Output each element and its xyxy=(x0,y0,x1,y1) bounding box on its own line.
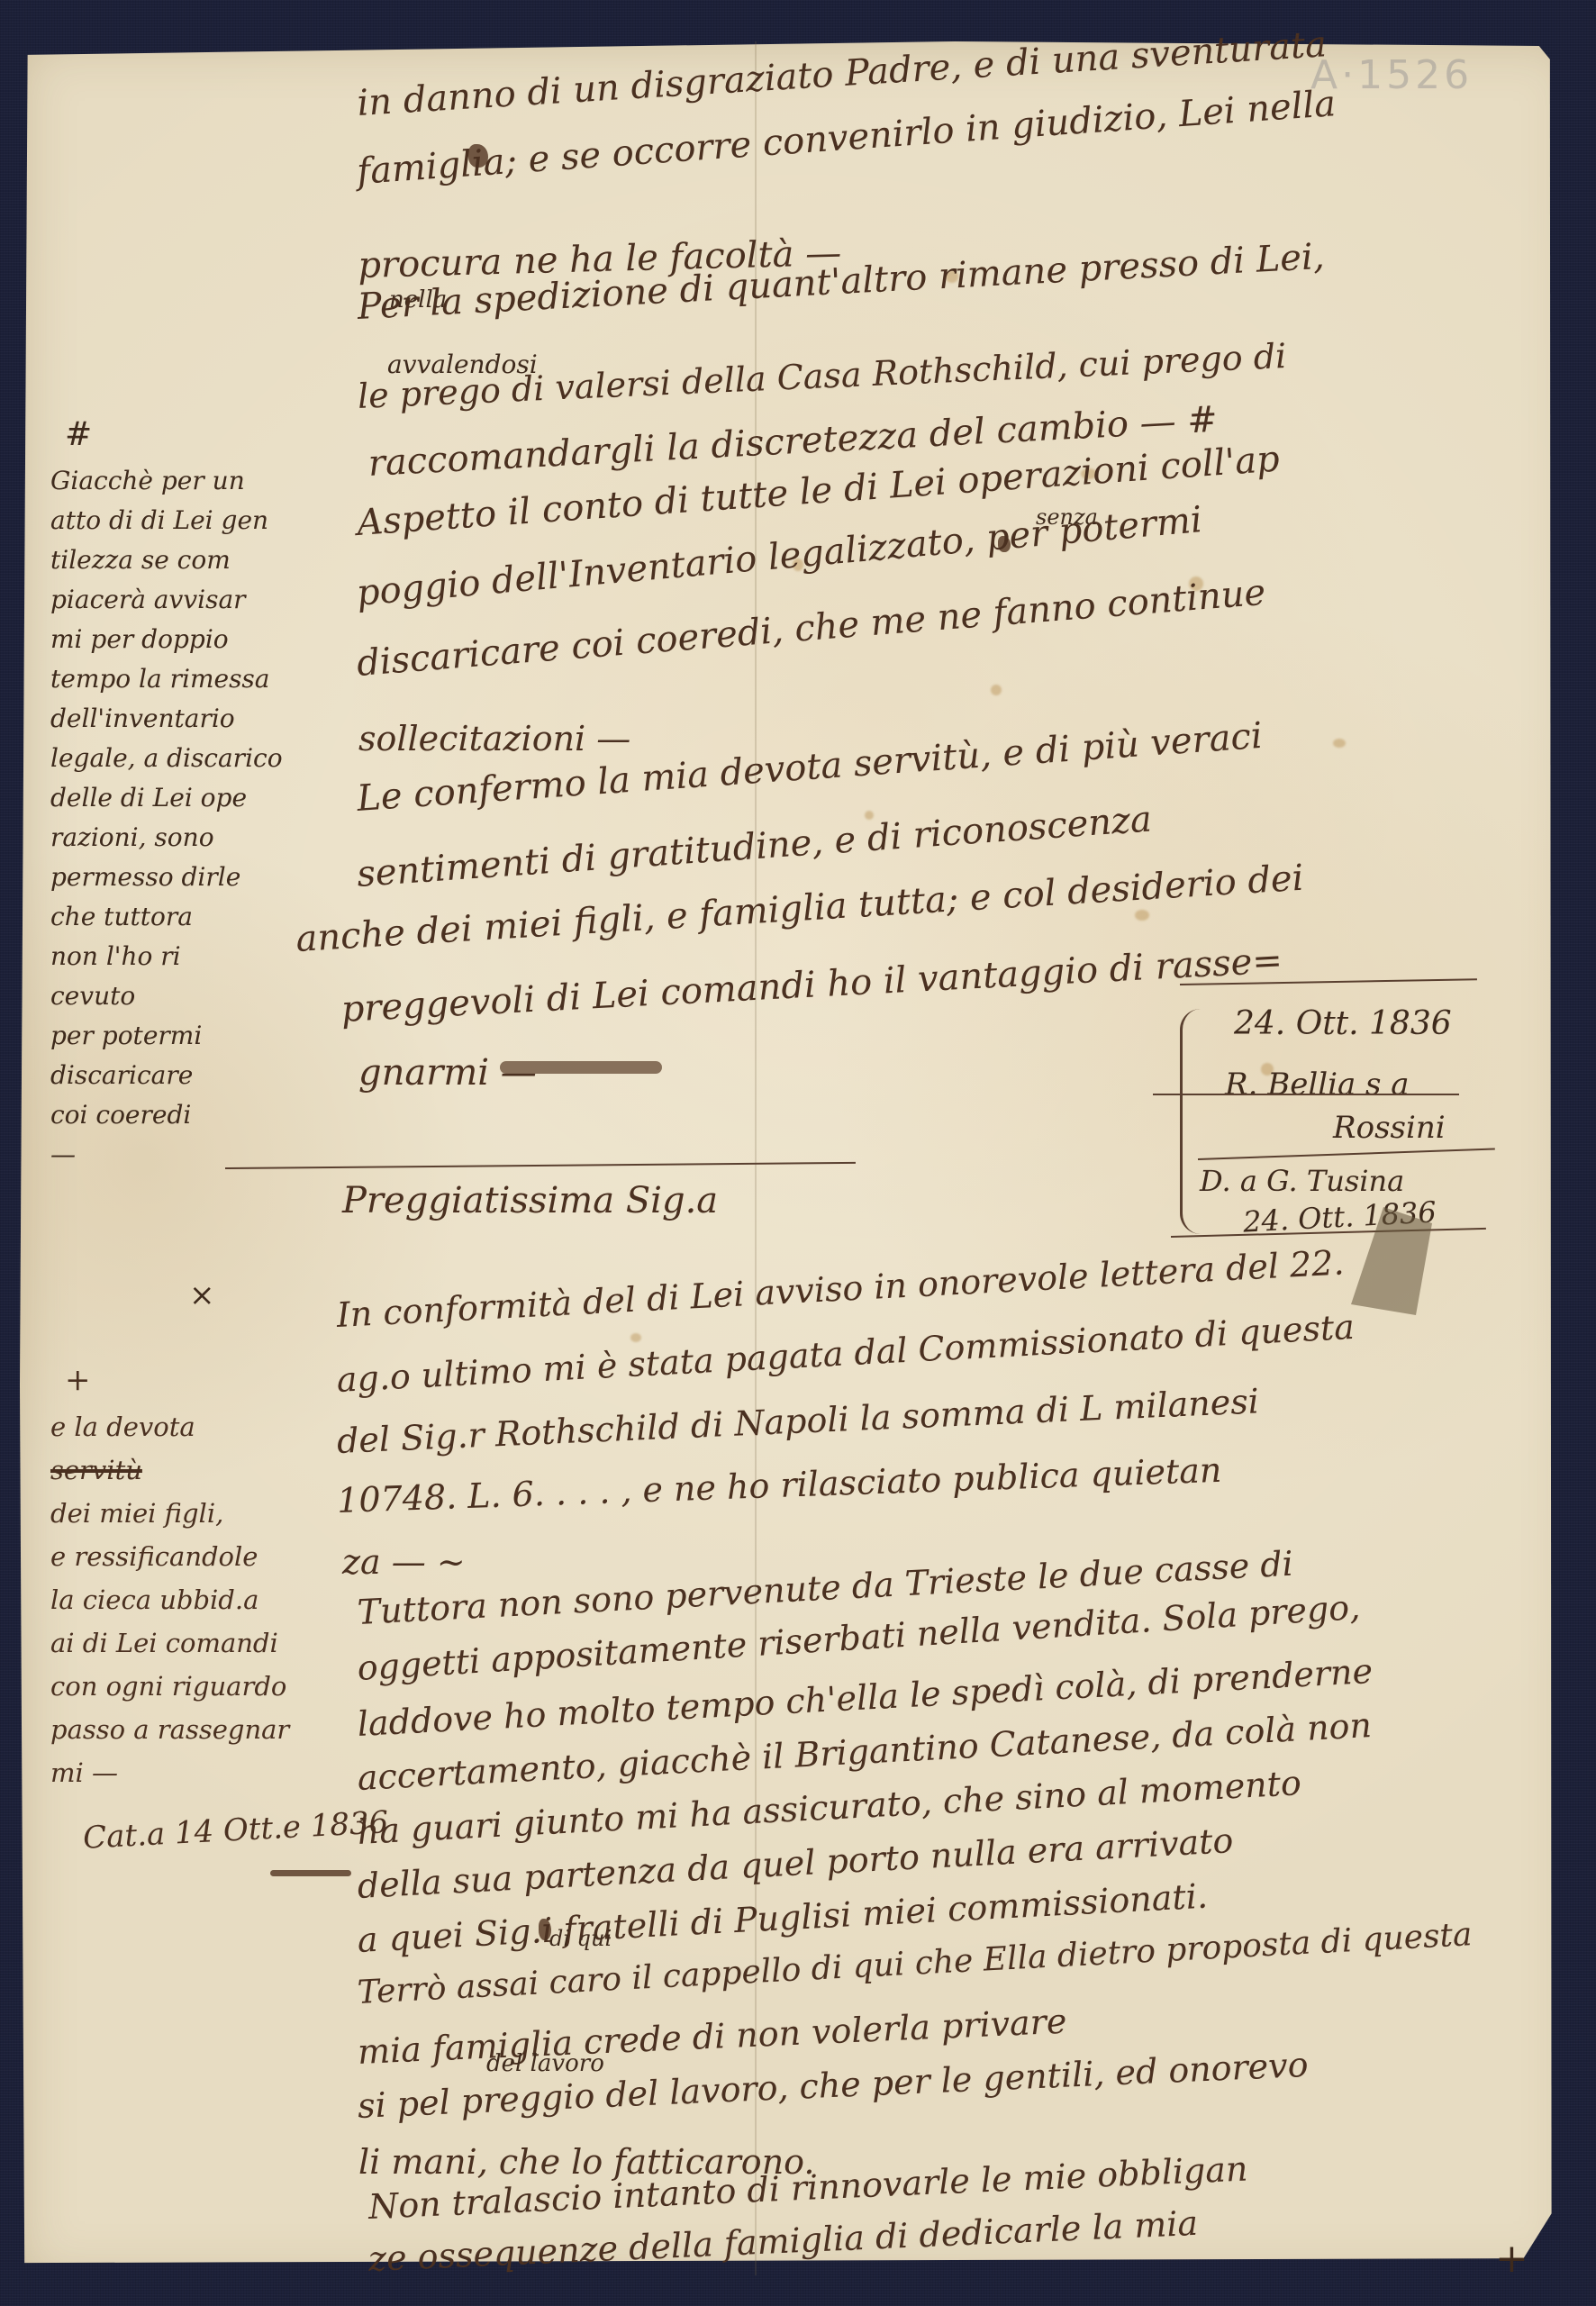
foxing-stain xyxy=(630,1333,641,1342)
interlinear-insertion: del lavoro xyxy=(486,2050,604,2077)
margin-line: che tuttora xyxy=(50,897,283,937)
registry-date: 24. Ott. 1836 xyxy=(1234,1005,1452,1042)
margin-line: tilezza se com xyxy=(50,540,283,580)
margin-line: razioni, sono xyxy=(50,818,283,858)
upper-letter-line-10: sollecitazioni — xyxy=(358,719,630,758)
end-insertion-mark: + xyxy=(1495,2236,1528,2282)
ink-smear xyxy=(500,1061,662,1074)
registry-recipient: D. a G. Tusina xyxy=(1200,1164,1404,1198)
left-margin-note-2: e la devota servitù dei miei figli, e re… xyxy=(50,1405,289,1794)
registry-bracket xyxy=(1180,1009,1201,1234)
margin-line: passo a rassegnar xyxy=(50,1708,289,1751)
foxing-stain xyxy=(1333,739,1346,748)
margin-line: piacerà avvisar xyxy=(50,580,283,620)
margin-line: ai di Lei comandi xyxy=(50,1621,289,1665)
margin-line: per potermi xyxy=(50,1016,283,1056)
lower-letter-line-5: za — ~ xyxy=(342,1542,466,1582)
salutation: Preggiatissima Sig.a xyxy=(342,1180,718,1221)
margin-note-mark: + xyxy=(65,1362,91,1398)
interlinear-insertion: di qui xyxy=(549,1926,612,1951)
margin-line-struck: servitù xyxy=(50,1448,289,1492)
margin-line: e la devota xyxy=(50,1405,289,1448)
margin-line: non l'ho ri xyxy=(50,937,283,976)
margin-line: dell'inventario xyxy=(50,699,283,739)
margin-line: coi coeredi xyxy=(50,1095,283,1135)
margin-line: permesso dirle xyxy=(50,858,283,897)
registry-name: Rossini xyxy=(1333,1110,1446,1146)
margin-line: mi — xyxy=(50,1751,289,1794)
margin-line: — xyxy=(50,1135,283,1175)
margin-line: con ogni riguardo xyxy=(50,1665,289,1708)
margin-line: e ressificandole xyxy=(50,1535,289,1578)
foxing-stain xyxy=(991,685,1002,695)
archive-pencil-mark: A·1526 xyxy=(1310,52,1473,98)
margin-line: Giacchè per un xyxy=(50,461,283,501)
left-margin-note-1: Giacchè per un atto di di Lei gen tilezz… xyxy=(50,461,283,1175)
registry-sender: R. Bellia s a xyxy=(1225,1067,1410,1103)
margin-line: legale, a discarico xyxy=(50,739,283,778)
registry-strike xyxy=(1153,1094,1459,1095)
margin-line: tempo la rimessa xyxy=(50,659,283,699)
stray-mark: × xyxy=(189,1277,215,1313)
margin-line: delle di Lei ope xyxy=(50,778,283,818)
margin-line: discaricare xyxy=(50,1056,283,1095)
margin-line: atto di di Lei gen xyxy=(50,501,283,540)
margin-line: mi per doppio xyxy=(50,620,283,659)
margin-line: dei miei figli, xyxy=(50,1492,289,1535)
margin-line: la cieca ubbid.a xyxy=(50,1578,289,1621)
ink-underline xyxy=(270,1870,351,1876)
margin-line: cevuto xyxy=(50,976,283,1016)
margin-note-mark: # xyxy=(65,416,92,453)
foxing-stain xyxy=(1135,910,1149,921)
